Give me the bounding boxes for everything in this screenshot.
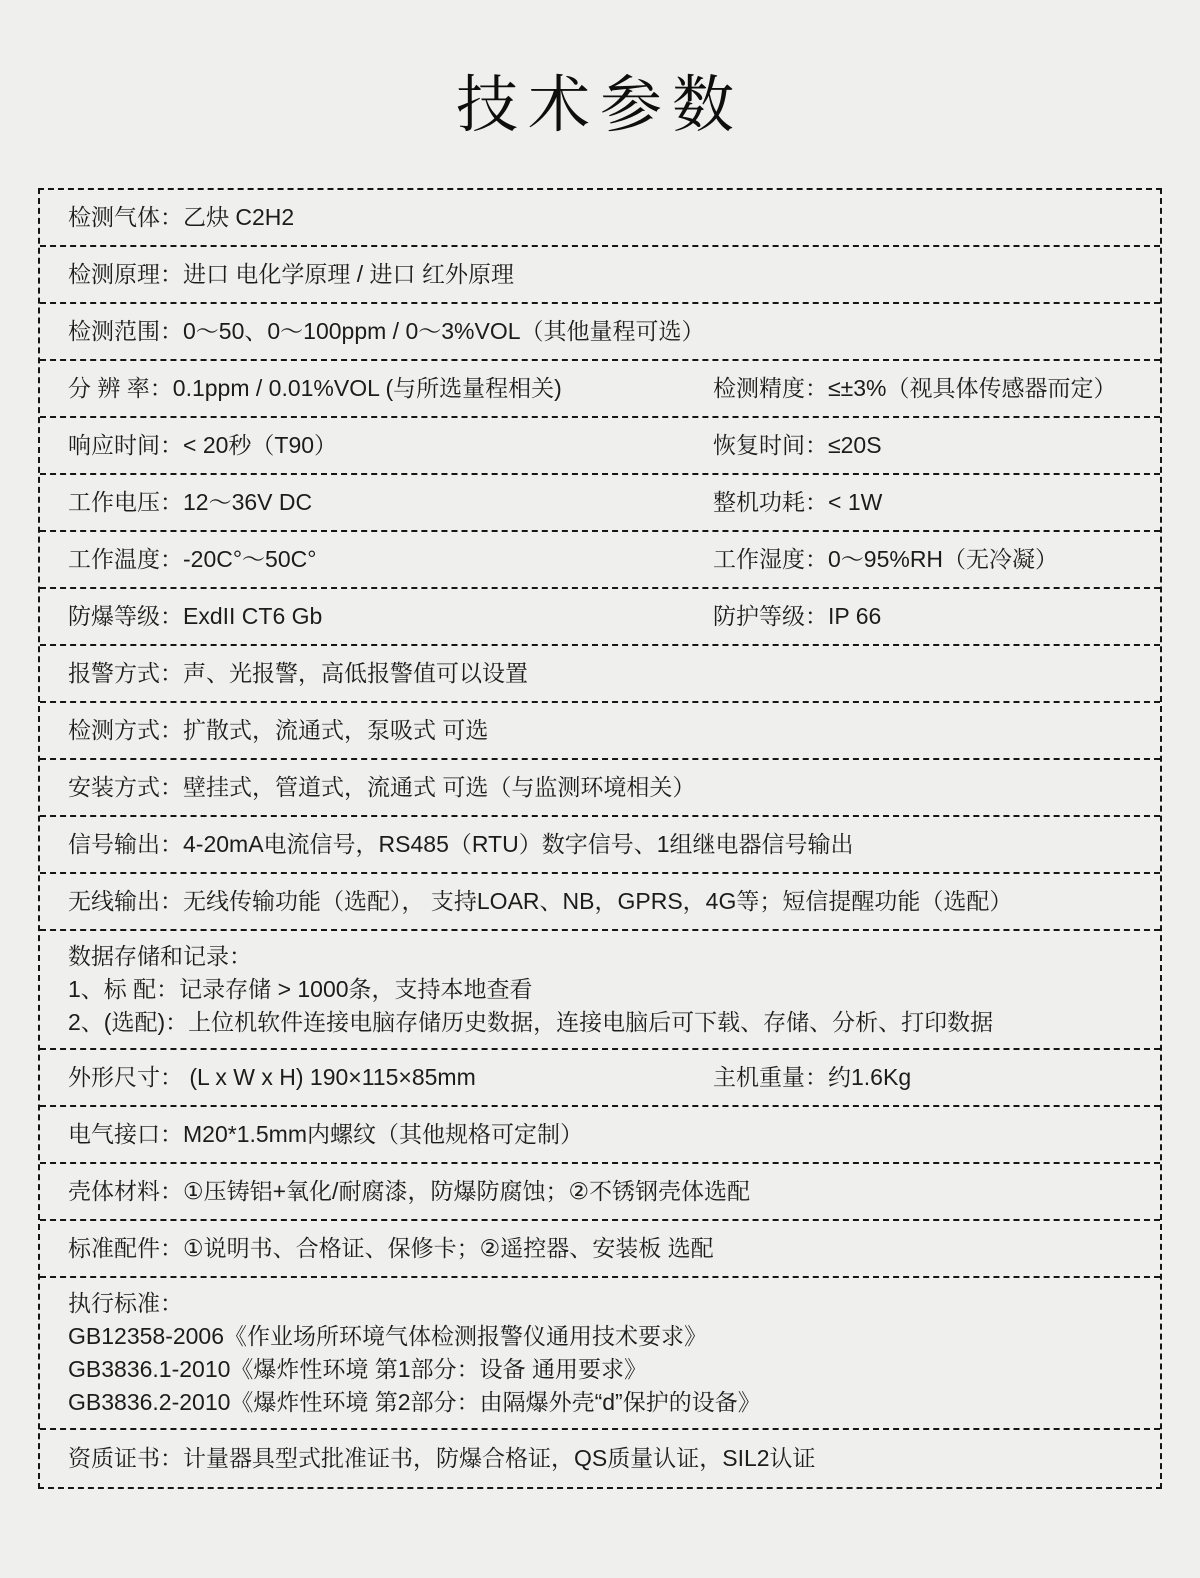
spec-table: 检测气体：乙炔 C2H2 检测原理：进口 电化学原理 / 进口 红外原理 检测范… xyxy=(38,188,1162,1489)
table-row-housing-material: 壳体材料：①压铸铝+氧化/耐腐漆，防爆防腐蚀；②不锈钢壳体选配 xyxy=(40,1164,1160,1221)
page-title: 技术参数 xyxy=(0,0,1200,146)
spec-line: 2、(选配)：上位机软件连接电脑存储历史数据，连接电脑后可下载、存储、分析、打印… xyxy=(68,1006,1142,1039)
spec-line: GB3836.1-2010《爆炸性环境 第1部分：设备 通用要求》 xyxy=(68,1353,1142,1386)
spec-text: 电气接口：M20*1.5mm内螺纹（其他规格可定制） xyxy=(68,1120,583,1150)
spec-text-left: 分 辨 率：0.1ppm / 0.01%VOL (与所选量程相关) xyxy=(68,374,713,404)
spec-text-right: 整机功耗：< 1W xyxy=(713,488,1142,518)
table-row-detection-principle: 检测原理：进口 电化学原理 / 进口 红外原理 xyxy=(40,247,1160,304)
table-row-resolution-accuracy: 分 辨 率：0.1ppm / 0.01%VOL (与所选量程相关) 检测精度：≤… xyxy=(40,361,1160,418)
spec-text: 标准配件：①说明书、合格证、保修卡；②遥控器、安装板 选配 xyxy=(68,1234,714,1264)
spec-sheet: 技术参数 检测气体：乙炔 C2H2 检测原理：进口 电化学原理 / 进口 红外原… xyxy=(0,0,1200,1489)
table-row-standard-accessories: 标准配件：①说明书、合格证、保修卡；②遥控器、安装板 选配 xyxy=(40,1221,1160,1278)
spec-text-right: 工作湿度：0～95%RH（无冷凝） xyxy=(713,545,1142,575)
table-row-signal-output: 信号输出：4-20mA电流信号，RS485（RTU）数字信号、1组继电器信号输出 xyxy=(40,817,1160,874)
spec-text: 壳体材料：①压铸铝+氧化/耐腐漆，防爆防腐蚀；②不锈钢壳体选配 xyxy=(68,1177,750,1207)
spec-line: GB3836.2-2010《爆炸性环境 第2部分：由隔爆外壳“d”保护的设备》 xyxy=(68,1386,1142,1419)
spec-text: 资质证书：计量器具型式批准证书，防爆合格证，QS质量认证，SIL2认证 xyxy=(68,1444,816,1474)
spec-text-left: 防爆等级：ExdII CT6 Gb xyxy=(68,602,713,632)
table-row-alarm-mode: 报警方式：声、光报警，高低报警值可以设置 xyxy=(40,646,1160,703)
table-row-installation-mode: 安装方式：壁挂式，管道式，流通式 可选（与监测环境相关） xyxy=(40,760,1160,817)
table-row-detection-mode: 检测方式：扩散式，流通式，泵吸式 可选 xyxy=(40,703,1160,760)
table-row-executive-standards: 执行标准： GB12358-2006《作业场所环境气体检测报警仪通用技术要求》 … xyxy=(40,1278,1160,1430)
spec-text: 检测气体：乙炔 C2H2 xyxy=(68,203,294,233)
table-row-explosion-ip-rating: 防爆等级：ExdII CT6 Gb 防护等级：IP 66 xyxy=(40,589,1160,646)
spec-text: 检测范围：0～50、0～100ppm / 0～3%VOL（其他量程可选） xyxy=(68,317,705,347)
spec-text-right: 检测精度：≤±3%（视具体传感器而定） xyxy=(713,374,1142,404)
spec-text-right: 恢复时间：≤20S xyxy=(713,431,1142,461)
spec-text-left: 工作温度：-20C°～50C° xyxy=(68,545,713,575)
spec-text: 报警方式：声、光报警，高低报警值可以设置 xyxy=(68,659,528,689)
spec-text: 检测原理：进口 电化学原理 / 进口 红外原理 xyxy=(68,260,514,290)
table-row-dimensions-weight: 外形尺寸： (L x W x H) 190×115×85mm 主机重量：约1.6… xyxy=(40,1050,1160,1107)
spec-text: 安装方式：壁挂式，管道式，流通式 可选（与监测环境相关） xyxy=(68,773,695,803)
table-row-temperature-humidity: 工作温度：-20C°～50C° 工作湿度：0～95%RH（无冷凝） xyxy=(40,532,1160,589)
spec-text: 无线输出：无线传输功能（选配）， 支持LOAR、NB，GPRS，4G等；短信提醒… xyxy=(68,887,1012,917)
spec-line: 1、标 配：记录存储 > 1000条，支持本地查看 xyxy=(68,973,1142,1006)
table-row-electrical-interface: 电气接口：M20*1.5mm内螺纹（其他规格可定制） xyxy=(40,1107,1160,1164)
spec-line: GB12358-2006《作业场所环境气体检测报警仪通用技术要求》 xyxy=(68,1320,1142,1353)
table-row-voltage-power: 工作电压：12～36V DC 整机功耗：< 1W xyxy=(40,475,1160,532)
table-row-detection-range: 检测范围：0～50、0～100ppm / 0～3%VOL（其他量程可选） xyxy=(40,304,1160,361)
table-row-certificates: 资质证书：计量器具型式批准证书，防爆合格证，QS质量认证，SIL2认证 xyxy=(40,1430,1160,1487)
spec-text: 检测方式：扩散式，流通式，泵吸式 可选 xyxy=(68,716,488,746)
spec-text: 信号输出：4-20mA电流信号，RS485（RTU）数字信号、1组继电器信号输出 xyxy=(68,830,854,860)
spec-text-left: 工作电压：12～36V DC xyxy=(68,488,713,518)
spec-text-right: 防护等级：IP 66 xyxy=(713,602,1142,632)
spec-line: 执行标准： xyxy=(68,1287,1142,1320)
table-row-detected-gas: 检测气体：乙炔 C2H2 xyxy=(40,190,1160,247)
spec-line: 数据存储和记录： xyxy=(68,940,1142,973)
table-row-data-storage: 数据存储和记录： 1、标 配：记录存储 > 1000条，支持本地查看 2、(选配… xyxy=(40,931,1160,1050)
spec-text-left: 响应时间：< 20秒（T90） xyxy=(68,431,713,461)
spec-text-left: 外形尺寸： (L x W x H) 190×115×85mm xyxy=(68,1063,713,1093)
spec-text-right: 主机重量：约1.6Kg xyxy=(713,1063,1142,1093)
table-row-response-recovery-time: 响应时间：< 20秒（T90） 恢复时间：≤20S xyxy=(40,418,1160,475)
table-row-wireless-output: 无线输出：无线传输功能（选配）， 支持LOAR、NB，GPRS，4G等；短信提醒… xyxy=(40,874,1160,931)
